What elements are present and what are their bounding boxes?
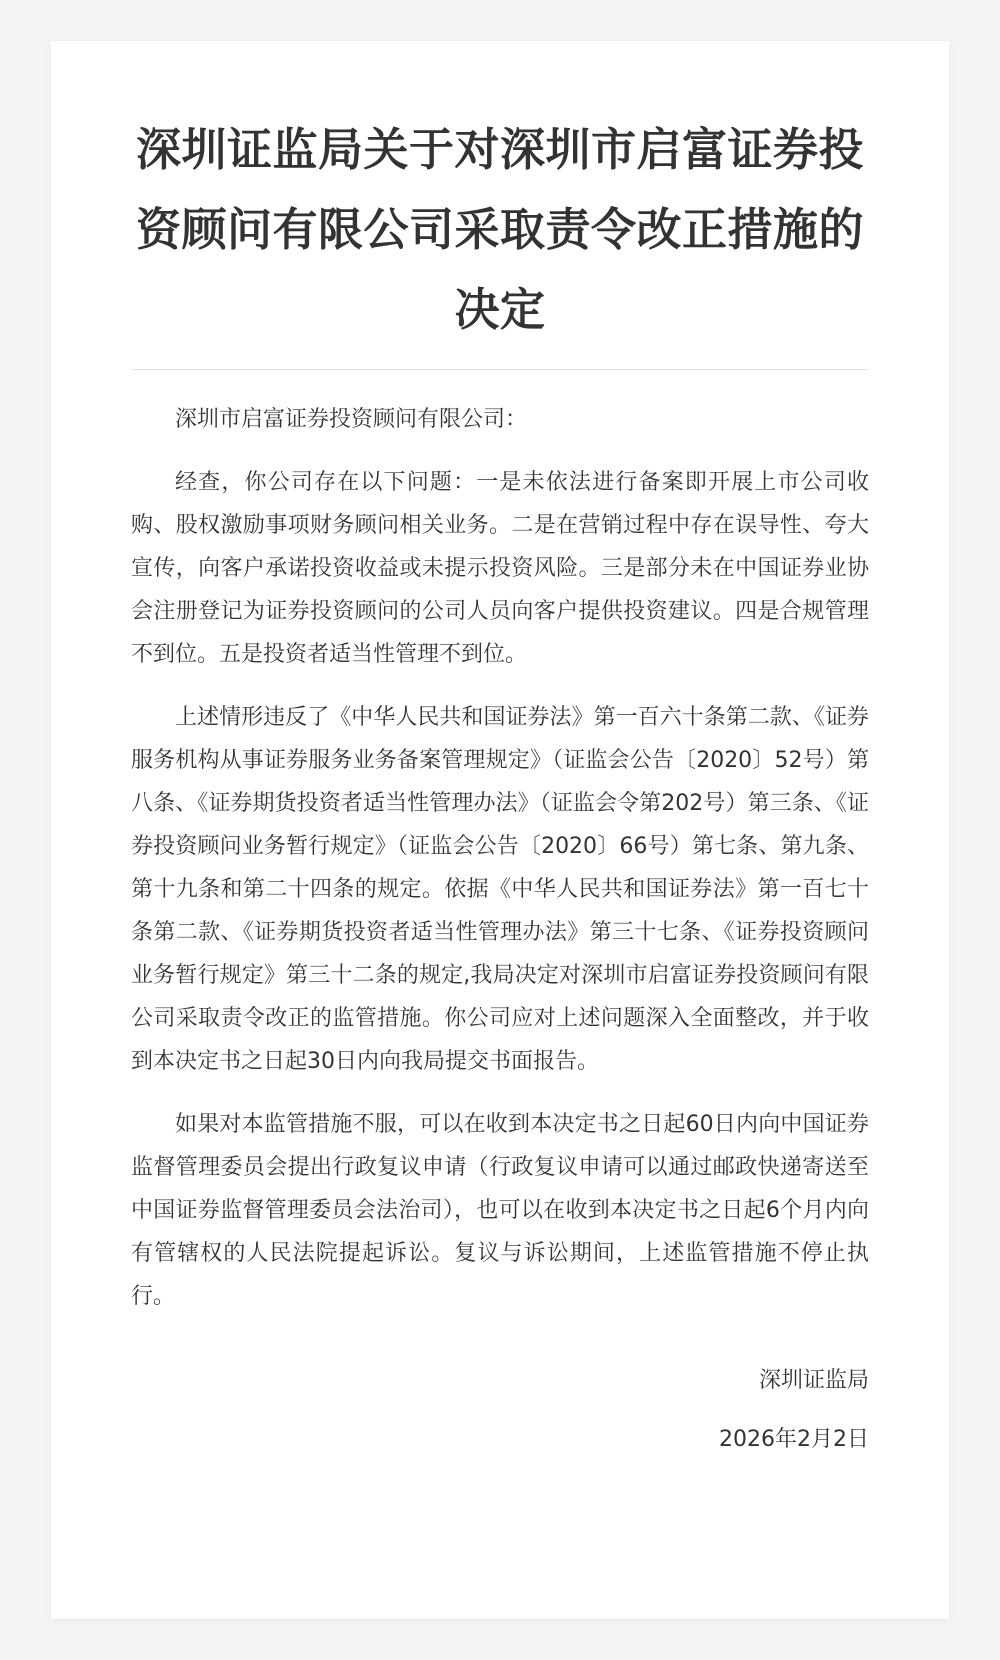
issue-date: 2026年2月2日 xyxy=(131,1418,869,1461)
paragraph-appeal: 如果对本监管措施不服，可以在收到本决定书之日起60日内向中国证券监督管理委员会提… xyxy=(131,1103,869,1318)
salutation: 深圳市启富证券投资顾问有限公司： xyxy=(131,398,869,441)
paragraph-decision: 上述情形违反了《中华人民共和国证券法》第一百六十条第二款、《证券服务机构从事证券… xyxy=(131,696,869,1083)
document-title: 深圳证监局关于对深圳市启富证券投资顾问有限公司采取责令改正措施的决定 xyxy=(131,110,869,350)
title-divider xyxy=(131,369,869,370)
issuer-name: 深圳证监局 xyxy=(131,1359,869,1402)
document-body: 深圳市启富证券投资顾问有限公司： 经查，你公司存在以下问题：一是未依法进行备案即… xyxy=(131,398,869,1318)
document-card: 深圳证监局关于对深圳市启富证券投资顾问有限公司采取责令改正措施的决定 深圳市启富… xyxy=(51,41,949,1619)
signature-block: 深圳证监局 2026年2月2日 xyxy=(131,1359,869,1461)
paragraph-findings: 经查，你公司存在以下问题：一是未依法进行备案即开展上市公司收购、股权激励事项财务… xyxy=(131,461,869,676)
